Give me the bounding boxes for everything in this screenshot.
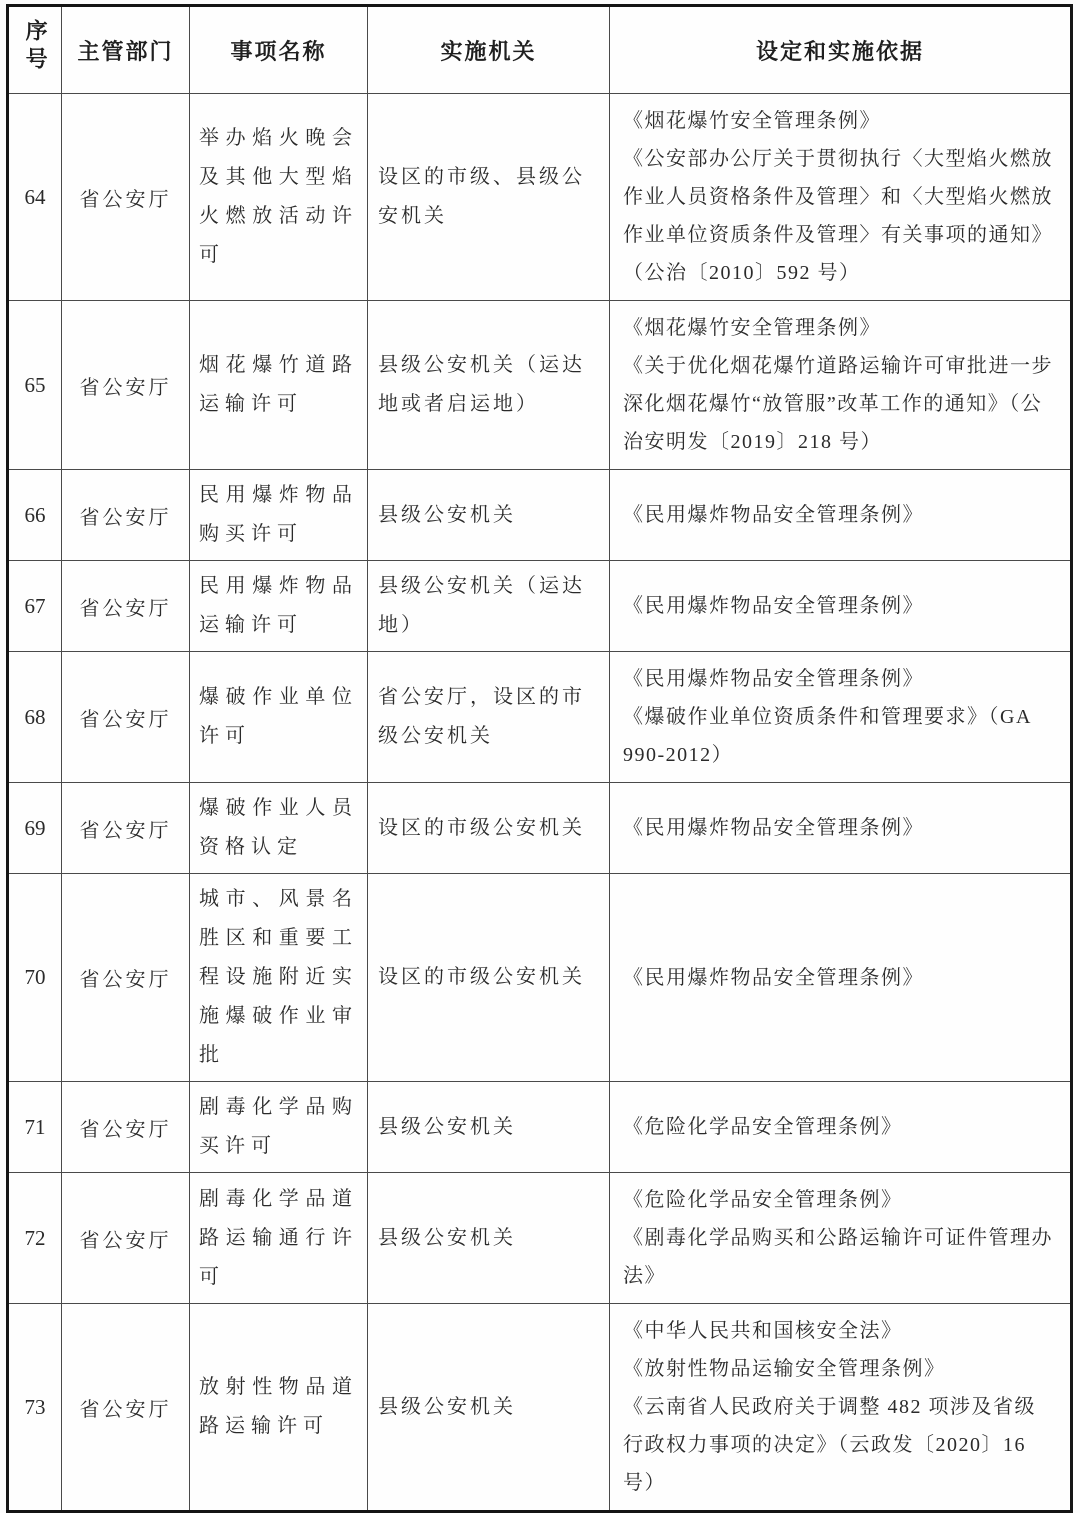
cell-department: 省公安厅	[62, 652, 190, 783]
cell-department: 省公安厅	[62, 1082, 190, 1173]
cell-legal-basis: 《危险化学品安全管理条例》 《剧毒化学品购买和公路运输许可证件管理办法》	[610, 1173, 1072, 1304]
header-legal-basis: 设定和实施依据	[610, 6, 1072, 94]
cell-legal-basis: 《民用爆炸物品安全管理条例》 《爆破作业单位资质条件和管理要求》（GA 990-…	[610, 652, 1072, 783]
cell-department: 省公安厅	[62, 94, 190, 301]
cell-implementing-agency: 县级公安机关	[368, 470, 610, 561]
table-row-64: 64 省公安厅 举办焰火晚会及其他大型焰火燃放活动许可 设区的市级、县级公安机关…	[8, 94, 1072, 301]
cell-serial-number: 68	[8, 652, 62, 783]
header-serial-number: 序号	[8, 6, 62, 94]
cell-implementing-agency: 设区的市级公安机关	[368, 783, 610, 874]
cell-implementing-agency: 县级公安机关（运达地或者启运地）	[368, 301, 610, 470]
cell-item-name: 城市、风景名胜区和重要工程设施附近实施爆破作业审批	[190, 874, 368, 1082]
admin-items-table: 序号 主管部门 事项名称 实施机关 设定和实施依据 64 省公安厅 举办焰火晚会…	[6, 4, 1073, 1513]
cell-legal-basis: 《民用爆炸物品安全管理条例》	[610, 470, 1072, 561]
header-row: 序号 主管部门 事项名称 实施机关 设定和实施依据	[8, 6, 1072, 94]
cell-department: 省公安厅	[62, 1304, 190, 1512]
cell-implementing-agency: 县级公安机关	[368, 1082, 610, 1173]
cell-item-name: 举办焰火晚会及其他大型焰火燃放活动许可	[190, 94, 368, 301]
cell-implementing-agency: 县级公安机关	[368, 1304, 610, 1512]
cell-department: 省公安厅	[62, 1173, 190, 1304]
cell-serial-number: 71	[8, 1082, 62, 1173]
cell-item-name: 放射性物品道路运输许可	[190, 1304, 368, 1512]
cell-serial-number: 72	[8, 1173, 62, 1304]
cell-department: 省公安厅	[62, 783, 190, 874]
table-row-65: 65 省公安厅 烟花爆竹道路运输许可 县级公安机关（运达地或者启运地） 《烟花爆…	[8, 301, 1072, 470]
cell-serial-number: 64	[8, 94, 62, 301]
cell-item-name: 剧毒化学品购买许可	[190, 1082, 368, 1173]
cell-serial-number: 69	[8, 783, 62, 874]
header-department: 主管部门	[62, 6, 190, 94]
table-row-70: 70 省公安厅 城市、风景名胜区和重要工程设施附近实施爆破作业审批 设区的市级公…	[8, 874, 1072, 1082]
cell-serial-number: 66	[8, 470, 62, 561]
cell-legal-basis: 《危险化学品安全管理条例》	[610, 1082, 1072, 1173]
cell-item-name: 爆破作业单位许可	[190, 652, 368, 783]
cell-serial-number: 67	[8, 561, 62, 652]
header-serial-number-label: 序号	[23, 19, 47, 75]
cell-legal-basis: 《民用爆炸物品安全管理条例》	[610, 874, 1072, 1082]
cell-legal-basis: 《中华人民共和国核安全法》 《放射性物品运输安全管理条例》 《云南省人民政府关于…	[610, 1304, 1072, 1512]
cell-item-name: 烟花爆竹道路运输许可	[190, 301, 368, 470]
cell-implementing-agency: 县级公安机关（运达地）	[368, 561, 610, 652]
table-row-69: 69 省公安厅 爆破作业人员资格认定 设区的市级公安机关 《民用爆炸物品安全管理…	[8, 783, 1072, 874]
cell-item-name: 民用爆炸物品运输许可	[190, 561, 368, 652]
cell-implementing-agency: 省公安厅，设区的市级公安机关	[368, 652, 610, 783]
cell-serial-number: 65	[8, 301, 62, 470]
cell-item-name: 民用爆炸物品购买许可	[190, 470, 368, 561]
table-row-68: 68 省公安厅 爆破作业单位许可 省公安厅，设区的市级公安机关 《民用爆炸物品安…	[8, 652, 1072, 783]
table-row-66: 66 省公安厅 民用爆炸物品购买许可 县级公安机关 《民用爆炸物品安全管理条例》	[8, 470, 1072, 561]
cell-item-name: 爆破作业人员资格认定	[190, 783, 368, 874]
cell-department: 省公安厅	[62, 874, 190, 1082]
table-row-72: 72 省公安厅 剧毒化学品道路运输通行许可 县级公安机关 《危险化学品安全管理条…	[8, 1173, 1072, 1304]
cell-department: 省公安厅	[62, 470, 190, 561]
cell-serial-number: 73	[8, 1304, 62, 1512]
cell-legal-basis: 《民用爆炸物品安全管理条例》	[610, 561, 1072, 652]
cell-implementing-agency: 设区的市级公安机关	[368, 874, 610, 1082]
cell-implementing-agency: 设区的市级、县级公安机关	[368, 94, 610, 301]
table-row-67: 67 省公安厅 民用爆炸物品运输许可 县级公安机关（运达地） 《民用爆炸物品安全…	[8, 561, 1072, 652]
table-row-73: 73 省公安厅 放射性物品道路运输许可 县级公安机关 《中华人民共和国核安全法》…	[8, 1304, 1072, 1512]
cell-implementing-agency: 县级公安机关	[368, 1173, 610, 1304]
cell-legal-basis: 《烟花爆竹安全管理条例》 《公安部办公厅关于贯彻执行〈大型焰火燃放作业人员资格条…	[610, 94, 1072, 301]
cell-department: 省公安厅	[62, 561, 190, 652]
cell-department: 省公安厅	[62, 301, 190, 470]
cell-legal-basis: 《烟花爆竹安全管理条例》 《关于优化烟花爆竹道路运输许可审批进一步深化烟花爆竹“…	[610, 301, 1072, 470]
header-implementing-agency: 实施机关	[368, 6, 610, 94]
cell-serial-number: 70	[8, 874, 62, 1082]
header-item-name: 事项名称	[190, 6, 368, 94]
cell-legal-basis: 《民用爆炸物品安全管理条例》	[610, 783, 1072, 874]
table-row-71: 71 省公安厅 剧毒化学品购买许可 县级公安机关 《危险化学品安全管理条例》	[8, 1082, 1072, 1173]
cell-item-name: 剧毒化学品道路运输通行许可	[190, 1173, 368, 1304]
